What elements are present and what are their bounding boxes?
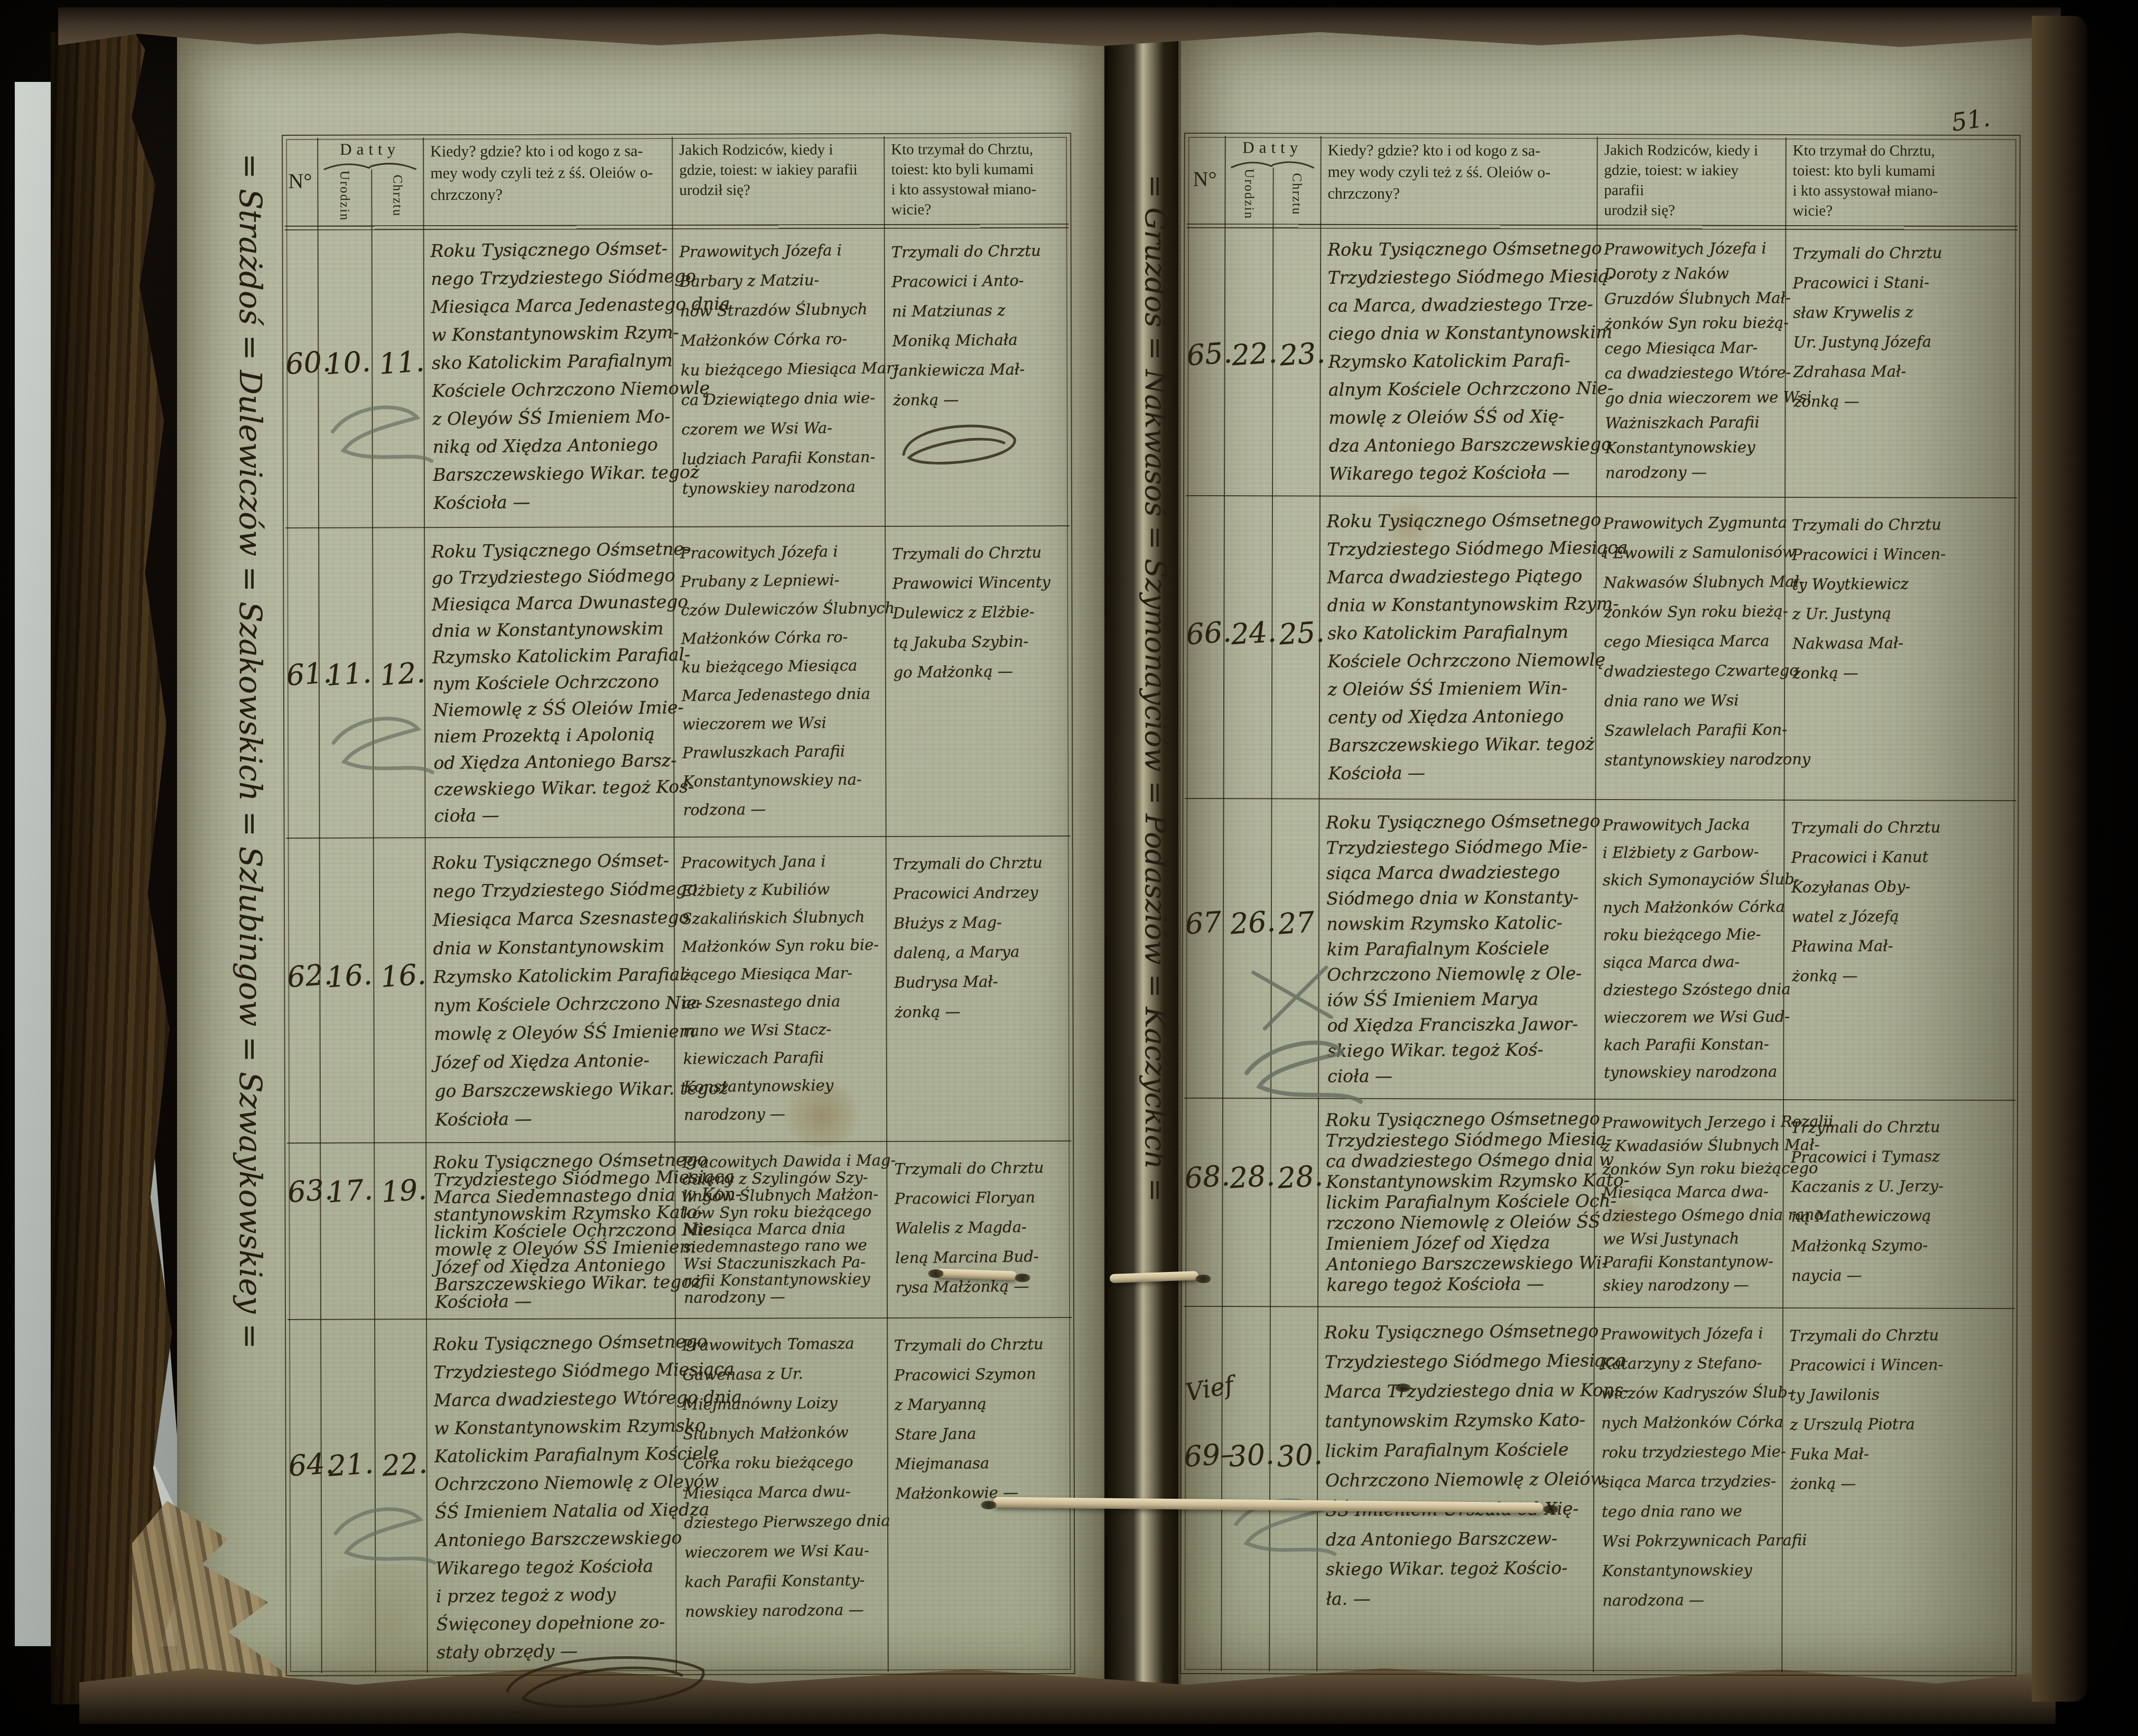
- parents-entry: Prawowitych Jackai Elżbiety z Garbow-ski…: [1595, 804, 1782, 1097]
- column-header-godparents: Kto trzymał do Chrztu,toiest: kto byli k…: [1785, 135, 2021, 226]
- handwritten-line: Elżbiety z Kubiliów: [681, 875, 881, 905]
- handwritten-line: Rzymsko Katolickim Parafial-: [433, 960, 670, 991]
- handwritten-line: tynowskiey narodzona: [1604, 1057, 1780, 1086]
- handwritten-line: kach Parafii Konstanty-: [684, 1565, 884, 1596]
- header-line: Kiedy? gdzie? kto i od kogo z sa-: [430, 140, 664, 162]
- handwritten-line: nym Kościele Ochrzczono: [433, 668, 670, 697]
- handwritten-line: z Oleiów ŚŚ Imieniem Win-: [1328, 674, 1592, 703]
- handwritten-line: Pracowici Floryan: [895, 1182, 1071, 1214]
- handwritten-line: Ważniszkach Parafii: [1605, 410, 1781, 435]
- pencil-mark: [323, 394, 460, 479]
- handwritten-line: tą Jakuba Szybin-: [893, 626, 1070, 658]
- handwritten-line: Trzymali do Chrztu: [891, 236, 1067, 267]
- handwritten-line: Roku Tysiącznego Ośmsetnego: [433, 1327, 670, 1358]
- handwritten-line: Prawowitych Jacka: [1602, 810, 1778, 839]
- handwritten-line: tantynowskim Rzymsko Kato-: [1325, 1405, 1588, 1436]
- handwritten-line: skiego Wikar. tegoż Kościo-: [1326, 1553, 1589, 1584]
- ink-flourish: [893, 412, 1025, 476]
- handwritten-line: Trzydziestego Siódmego Miesią-: [1326, 1129, 1589, 1151]
- handwritten-line: Roku Tysiącznego Ośmsetnego: [1326, 809, 1589, 835]
- column-header-when: Kiedy? gdzie? kto i od kogo z sa-mey wod…: [1320, 134, 1596, 225]
- handwritten-line: karego tegoż Kościoła —: [1326, 1273, 1590, 1295]
- handwritten-line: dziestego Ośmego dnia rano: [1603, 1203, 1779, 1227]
- row-divider: [287, 1140, 1071, 1144]
- handwritten-line: Ochrzczono Niemowlę z Oleiów: [1325, 1464, 1589, 1496]
- handwritten-line: żonką —: [1792, 960, 2015, 991]
- handwritten-line: niką od Xiędza Antoniego: [433, 430, 670, 461]
- header-line: gdzie, toiest: w iakiey parafii: [679, 160, 876, 180]
- handwritten-line: Miejmanówny Loizy: [683, 1387, 882, 1419]
- handwritten-line: sko Katolickim Parafialnym: [1327, 618, 1591, 647]
- handwritten-line: sko Katolickim Parafialnym: [432, 346, 668, 377]
- handwritten-line: cego Miesiąca Mar-: [1604, 335, 1780, 361]
- birth-date: 11.: [325, 655, 381, 692]
- handwritten-line: lickim Parafialnym Kościele: [1325, 1435, 1588, 1466]
- handwritten-line: Pracowici i Anto-: [891, 265, 1068, 297]
- stitch-hole: [1015, 1274, 1030, 1282]
- row-divider: [287, 1317, 1072, 1320]
- handwritten-line: i przez tegoż z wody: [436, 1580, 673, 1610]
- handwritten-line: ŚŚ Imieniem Natalia od Xiędza: [435, 1496, 672, 1526]
- handwritten-line: Wikarego tegoż Kościoła —: [1329, 458, 1593, 488]
- handwritten-line: z Oleyów ŚŚ Imieniem Mo-: [432, 402, 669, 433]
- column-header-baptized: Chrztu: [1272, 168, 1320, 220]
- margin-inscription-center: = Gruzdoś = Nakwasoś = Szymonayciów = Po…: [1139, 174, 1172, 1202]
- handwritten-line: sław Krywelis z: [1793, 296, 2016, 328]
- handwritten-line: Józef od Xiędza Antonie-: [434, 1046, 671, 1077]
- handwritten-line: nego Trzydziestego Siódmego: [431, 262, 667, 293]
- handwritten-line: ca dwadziestego Ośmego dnia w: [1326, 1149, 1589, 1172]
- handwritten-line: siąca Marca trzydzies-: [1602, 1466, 1778, 1497]
- godparents-entry: Trzymali do ChrztuPrawowici WincentyDule…: [885, 531, 1073, 835]
- handwritten-line: Małżonków Córka ro-: [680, 323, 880, 355]
- handwritten-line: i Elżbiety z Garbow-: [1602, 838, 1778, 866]
- handwritten-line: Pracowici Szymon: [894, 1359, 1071, 1390]
- header-line: toiest: kto byli kumami: [891, 159, 1065, 180]
- handwritten-line: z Urszulą Piotra: [1790, 1408, 2013, 1440]
- handwritten-line: rano we Wsi Stacz-: [683, 1015, 882, 1045]
- ink-flourish: [491, 1644, 719, 1723]
- handwritten-line: cego Miesiąca Marca: [1604, 626, 1780, 656]
- handwritten-line: Marca Trzydziestego dnia w Kons-: [1325, 1376, 1588, 1407]
- handwritten-line: wieczorem we Wsi Gud-: [1603, 1002, 1779, 1031]
- handwritten-line: wieczorem we Wsi Kau-: [684, 1535, 884, 1567]
- baptism-entry: Roku Tysiącznego OśmsetnegoTrzydziestego…: [1320, 228, 1595, 495]
- handwritten-line: Barbary z Matziu-: [680, 264, 879, 296]
- handwritten-line: nym Kościele Ochrzczono Nie-: [433, 989, 670, 1020]
- handwritten-line: dnia rano we Wsi: [1604, 685, 1780, 716]
- handwritten-line: w Konstantynowskim Rzym-: [431, 318, 668, 349]
- handwritten-line: Prawowitych Tomasza: [682, 1328, 881, 1360]
- handwritten-line: tego dnia rano we: [1602, 1496, 1778, 1526]
- handwritten-line: z Kwadasiów Ślubnych Mał-: [1602, 1133, 1778, 1157]
- handwritten-line: Pracowici i Stani-: [1793, 267, 2016, 298]
- header-line: i kto assystował miano-: [891, 179, 1065, 200]
- handwritten-line: czów Dulewiczów Ślubnych: [681, 593, 880, 624]
- handwritten-line: Trzymali do Chrztu: [1791, 812, 2014, 843]
- handwritten-line: Marca Jedenastego dnia: [682, 679, 881, 710]
- handwritten-line: Roku Tysiącznego Ośmsetnego: [1325, 1108, 1589, 1130]
- handwritten-line: Kościoła —: [1328, 758, 1592, 787]
- handwritten-line: żonką —: [1790, 1468, 2014, 1499]
- handwritten-line: Stare Jana: [895, 1418, 1071, 1450]
- handwritten-line: Córka roku bieżącego: [683, 1446, 883, 1478]
- handwritten-line: z Ur. Justyną: [1792, 598, 2016, 629]
- header-line: urodził się?: [679, 180, 876, 200]
- header-line: Jakich Rodziców, kiedy i: [1604, 140, 1778, 161]
- handwritten-line: ca Szesnastego dnia: [682, 987, 882, 1017]
- handwritten-line: leną Marcina Bud-: [895, 1241, 1072, 1273]
- handwritten-line: Antoniego Barszczewskiego: [435, 1524, 672, 1554]
- column-header-when: Kiedy? gdzie? kto i od kogo z sa-mey wod…: [423, 135, 672, 225]
- handwritten-line: Siódmego dnia w Konstanty-: [1326, 885, 1590, 912]
- godparents-entry: Trzymali do ChrztuPracowici i KanutKozył…: [1783, 805, 2018, 1098]
- handwritten-line: Barszczewskiego Wikar. tegoż: [433, 458, 670, 489]
- handwritten-line: ku bieżącego Miesiąca Mar-: [681, 353, 880, 385]
- handwritten-line: Konstantynowskiey na-: [683, 765, 882, 795]
- handwritten-line: nowskiey narodzona —: [685, 1594, 885, 1626]
- handwritten-line: Barszczewskiego Wikar. tegoż: [1328, 730, 1592, 759]
- handwritten-line: nych Małżonków Córka: [1603, 893, 1779, 921]
- handwritten-line: mowlę z Oleiów ŚŚ od Xię-: [1328, 402, 1592, 432]
- handwritten-line: czewskiego Wikar. tegoż Koś-: [434, 774, 671, 803]
- handwritten-line: Prawowitych Jerzego i Rozalii: [1602, 1110, 1778, 1134]
- row-divider: [285, 525, 1070, 528]
- handwritten-line: tynowskiey narodzona: [682, 471, 881, 503]
- handwritten-line: Trzydziestego Siódmego Miesiąca: [1324, 1346, 1588, 1377]
- row-divider: [286, 835, 1071, 839]
- handwritten-line: dnia w Konstantynowskim: [433, 932, 670, 963]
- handwritten-line: Roku Tysiącznego Ośmsetne-: [431, 536, 668, 565]
- handwritten-line: Miesiąca Marca Dwunastego: [432, 589, 668, 618]
- godparents-entry: Trzymali do ChrztuPracowici FloryanWalel…: [887, 1146, 1074, 1316]
- birth-date: 30.: [1228, 1437, 1278, 1473]
- column-header-baptized: Chrztu: [371, 169, 423, 222]
- stitch-hole: [928, 1269, 944, 1278]
- handwritten-line: Miesiąca Marca dwu-: [684, 1476, 884, 1508]
- baptism-entry: Roku Tysiącznego Ośmsetne-go Trzydzieste…: [424, 530, 673, 836]
- handwritten-line: Gruzdów Ślubnych Mał-: [1604, 285, 1780, 311]
- handwritten-line: Marca dwadziestego Piątego: [1327, 562, 1591, 591]
- handwritten-line: Zdrahasa Mał-: [1793, 356, 2017, 387]
- handwritten-line: Ur. Justyną Józefa: [1793, 326, 2016, 357]
- handwritten-line: skiey narodzony —: [1603, 1273, 1779, 1297]
- birth-date: 17.: [326, 1172, 382, 1209]
- handwritten-line: Kościoła —: [435, 1291, 671, 1311]
- handwritten-line: Pracowitych Józefa i: [680, 536, 880, 567]
- handwritten-line: go Trzydziestego Siódmego: [431, 562, 668, 591]
- handwritten-line: żonką —: [895, 996, 1071, 1027]
- handwritten-line: Roku Tysiącznego Ośmset-: [432, 846, 668, 877]
- handwritten-line: cioła —: [434, 800, 671, 829]
- handwritten-line: Antoniego Barszczewskiego Wi-: [1326, 1252, 1590, 1275]
- handwritten-line: Małżonków Syn roku bie-: [682, 931, 881, 961]
- column-header-number: N°: [1185, 134, 1224, 224]
- handwritten-line: ludziach Parafii Konstan-: [682, 442, 881, 474]
- handwritten-line: w Konstantynowskim Rzymsko: [434, 1412, 671, 1442]
- page-number: 51.: [1950, 103, 1992, 137]
- header-line: Kiedy? gdzie? kto i od kogo z sa-: [1328, 140, 1589, 162]
- handwritten-line: Trzymali do Chrztu: [894, 1153, 1071, 1184]
- handwritten-line: narodzony —: [1605, 459, 1781, 485]
- handwritten-line: Trzymali do Chrztu: [893, 848, 1069, 879]
- handwritten-line: ca Dziewiątego dnia wie-: [681, 383, 881, 414]
- birth-date: 22.: [1231, 336, 1281, 372]
- handwritten-line: kach Parafii Konstan-: [1604, 1030, 1780, 1059]
- handwritten-line: dwadziestego Czwartego: [1604, 655, 1780, 686]
- handwritten-line: Moniką Michała: [892, 324, 1068, 356]
- handwritten-line: ty Jawilonis: [1790, 1379, 2013, 1410]
- handwritten-line: Trzymali do Chrztu: [1792, 509, 2015, 540]
- column-header-born: Urodzin: [1224, 168, 1272, 220]
- handwritten-line: Roku Tysiącznego Ośmsetnego: [1327, 234, 1591, 264]
- header-line: i kto assystował miano-: [1792, 181, 2014, 201]
- handwritten-line: Nakwasa Mał-: [1792, 627, 2016, 658]
- birth-date: 21.: [327, 1446, 383, 1483]
- header-line: toiest: kto byli kumami: [1793, 161, 2014, 181]
- header-line: urodził się?: [1604, 200, 1778, 221]
- handwritten-line: dziestego Szóstego dnia: [1603, 975, 1779, 1004]
- godparents-entry: Trzymali do ChrztuPracowici i Wincen-ty …: [1784, 503, 2019, 799]
- handwritten-line: kiewiczach Parafii: [683, 1043, 883, 1073]
- handwritten-line: wiczów Kadryszów Ślub-: [1601, 1377, 1777, 1408]
- handwritten-line: nych Małżonków Córka: [1601, 1407, 1777, 1437]
- handwritten-line: Katolickim Parafialnym Kościele: [434, 1440, 671, 1470]
- handwritten-line: Imieniem Józef od Xiędza: [1326, 1232, 1590, 1254]
- handwritten-line: Gawenasa z Ur.: [682, 1358, 882, 1389]
- godparents-entry: Trzymali do ChrztuPracowici i TymaszKacz…: [1783, 1105, 2017, 1306]
- handwritten-line: Trzydziestego Siódmego Miesiąca: [433, 1356, 670, 1386]
- handwritten-line: go Małżonką —: [893, 656, 1070, 688]
- handwritten-line: ku bieżącego Miesiąca: [681, 651, 881, 681]
- handwritten-line: Roku Tysiącznego Ośmsetnego: [1324, 1316, 1588, 1348]
- handwritten-line: Pracowitych Jana i: [681, 847, 880, 877]
- handwritten-line: z Maryanną: [895, 1388, 1071, 1420]
- handwritten-line: Trzymali do Chrztu: [892, 537, 1068, 569]
- baptism-entry: Roku Tysiącznego Ośmset-nego Trzydzieste…: [424, 840, 673, 1141]
- handwritten-line: Błużys z Mag-: [894, 907, 1070, 939]
- header-line: mey wody czyli też z śś. Oleiów o-: [430, 162, 664, 184]
- stitch-hole: [1395, 1384, 1411, 1392]
- handwritten-line: Pracowici i Kanut: [1791, 841, 2015, 872]
- handwritten-line: ni Matziunas z: [892, 295, 1068, 327]
- book-cover-edge-right: [2032, 16, 2087, 1702]
- handwritten-line: Dulewicz z Elżbie-: [893, 597, 1069, 628]
- handwritten-line: ną Mathewiczową: [1791, 1200, 2014, 1231]
- handwritten-line: żonków Syn roku bieżą-: [1604, 310, 1780, 336]
- baptism-entry: Roku Tysiącznego OśmsetnegoTrzydziestego…: [1317, 1310, 1592, 1675]
- handwritten-line: naycia —: [1791, 1259, 2015, 1291]
- handwritten-line: Jankiewicza Mał-: [893, 354, 1069, 386]
- header-line: chrzczony?: [430, 183, 664, 206]
- handwritten-line: rzczono Niemowlę z Oleiów ŚŚ: [1326, 1211, 1590, 1233]
- handwritten-line: żącego Miesiąca Mar-: [682, 959, 882, 989]
- handwritten-line: alnym Kościele Ochrzczono Nie-: [1328, 374, 1592, 404]
- row-divider: [1184, 1306, 2015, 1309]
- header-line: gdzie, toiest: w iakiey parafii: [1604, 160, 1778, 201]
- handwritten-line: Roku Tysiącznego Ośmsetnego: [1327, 506, 1591, 535]
- header-line: Kto trzymał do Chrztu,: [1793, 141, 2014, 161]
- header-line: chrzczony?: [1327, 183, 1589, 205]
- column-header-number: N°: [283, 136, 317, 226]
- handwritten-line: Małżonków Córka ro-: [681, 622, 881, 653]
- pencil-mark: [326, 1496, 463, 1581]
- handwritten-line: dza Antoniego Barszczew-: [1325, 1524, 1589, 1555]
- handwritten-line: Prawowitych Józefa i: [1601, 1318, 1777, 1349]
- handwritten-line: Konstantynowskim Rzymsko Kato-: [1326, 1170, 1589, 1192]
- handwritten-line: Miejmanasa: [895, 1447, 1072, 1479]
- handwritten-line: Święconey dopełnione zo-: [436, 1608, 673, 1638]
- handwritten-line: Prawluszkach Parafii: [682, 736, 882, 767]
- handwritten-line: Kaczanis z U. Jerzy-: [1791, 1171, 2014, 1202]
- handwritten-line: dziestego Pierwszego dnia: [684, 1506, 884, 1537]
- birth-date: 24.: [1230, 615, 1280, 651]
- handwritten-line: Pławina Mał-: [1792, 930, 2015, 961]
- handwritten-line: nowskim Rzymsko Katolic-: [1326, 910, 1590, 937]
- handwritten-line: ty Woytkiewicz: [1792, 568, 2015, 599]
- handwritten-line: ła. —: [1326, 1583, 1589, 1614]
- handwritten-line: Prawowitych Zygmunta: [1603, 507, 1779, 538]
- handwritten-line: Kościele Ochrzczono Niemowlę: [1327, 646, 1591, 675]
- handwritten-line: Pracowici i Wincen-: [1789, 1349, 2013, 1380]
- handwritten-line: go dnia wieczorem we Wsi: [1605, 385, 1781, 411]
- parents-entry: Prawowitych Zygmuntai Ewowili z Samuloni…: [1596, 501, 1783, 797]
- handwritten-line: Kościele Ochrzczono Niemowlę: [432, 374, 668, 405]
- handwritten-line: ca dwadziestego Wtóre-: [1605, 360, 1781, 386]
- column-header-parents: Jakich Rodziców, kiedy igdzie, toiest: w…: [672, 134, 884, 225]
- row-divider: [1185, 798, 2016, 801]
- handwritten-line: od Xiędza Antoniego Barsz-: [433, 747, 670, 776]
- handwritten-line: Trzymali do Chrztu: [1789, 1320, 2013, 1351]
- row-divider: [1186, 495, 2017, 498]
- handwritten-line: narodzony —: [684, 1287, 883, 1306]
- handwritten-line: Rzymsko Katolickim Parafi-: [1328, 346, 1592, 376]
- handwritten-line: Pracowici i Wincen-: [1792, 539, 2015, 570]
- handwritten-line: Małżonką Szymo-: [1791, 1230, 2015, 1261]
- handwritten-line: Nakwasów Ślubnych Mał-: [1603, 567, 1779, 597]
- handwritten-line: watel z Józefą: [1791, 901, 2015, 932]
- handwritten-line: Barszczewskiego Wikar. tegoż: [435, 1273, 671, 1293]
- parents-entry: Pracowitych Dawida i Mag-daleny z Szylin…: [675, 1145, 886, 1316]
- handwritten-line: i Ewowili z Samulonisów: [1603, 537, 1779, 568]
- handwritten-line: siąca Marca dwa-: [1603, 948, 1779, 976]
- marginal-note: Vief: [1183, 1363, 1275, 1407]
- register-table-left: N°DattyUrodzinChrztuKiedy? gdzie? kto i …: [282, 133, 1075, 1676]
- handwritten-line: Ochrzczono Niemowlę z Oleyów: [434, 1468, 671, 1498]
- handwritten-line: Trzymali do Chrztu: [1792, 237, 2016, 268]
- handwritten-line: we Wsi Justynach: [1603, 1226, 1779, 1250]
- handwritten-line: centy od Xiędza Antoniego: [1328, 702, 1592, 731]
- header-line: wicie?: [1792, 201, 2014, 221]
- handwritten-line: Trzydziestego Siódmego Mie-: [1326, 834, 1589, 861]
- handwritten-line: Konstantynowskiey: [683, 1071, 883, 1101]
- handwritten-line: dza Antoniego Barszczewskiego: [1329, 430, 1593, 460]
- handwritten-line: Szawlelach Parafii Kon-: [1604, 714, 1780, 745]
- handwritten-line: Parafii Konstantynow-: [1603, 1249, 1779, 1274]
- handwritten-line: wieczorem we Wsi: [682, 708, 881, 738]
- handwritten-line: ca Marca, dwadziestego Trze-: [1328, 290, 1592, 320]
- handwritten-line: Niemowlę z ŚŚ Oleiów Imie-: [433, 694, 670, 723]
- handwritten-line: siąca Marca dwadziestego: [1326, 859, 1590, 886]
- pencil-mark: [324, 705, 461, 791]
- handwritten-line: stantynowskiey narodzony: [1604, 744, 1780, 775]
- handwritten-line: Fuka Mał-: [1790, 1438, 2013, 1469]
- margin-inscription-left: = Strażdoś = Dulewiczów = Szakowskich = …: [233, 153, 268, 1349]
- handwritten-line: niem Prozektą i Apolonią: [433, 721, 670, 750]
- handwritten-line: Konstantynowskiey: [1602, 1555, 1778, 1585]
- handwritten-line: Budrysa Mał-: [894, 966, 1071, 998]
- handwritten-line: żonków Syn roku bieżą-: [1604, 596, 1780, 627]
- handwritten-line: roku trzydziestego Mie-: [1601, 1436, 1777, 1467]
- handwritten-line: dnia w Konstantynowskim Rzym-: [1327, 590, 1591, 619]
- handwritten-line: żonków Syn roku bieżącego: [1602, 1156, 1778, 1181]
- handwritten-line: nów Strazdów Ślubnych: [680, 294, 880, 326]
- parents-entry: Prawowitych TomaszaGawenasa z Ur.Miejman…: [674, 1322, 887, 1675]
- handwritten-line: Kościoła —: [435, 1103, 672, 1134]
- handwritten-line: żonką —: [1793, 385, 2017, 416]
- handwritten-line: Wsi Pokrzywnicach Parafii: [1602, 1525, 1778, 1556]
- birth-date: 10.: [324, 344, 380, 381]
- stitch-hole: [1543, 1505, 1559, 1514]
- handwritten-line: go Barszczewskiego Wikar. tegoż: [434, 1074, 671, 1106]
- column-header-born: Urodzin: [317, 170, 371, 222]
- godparents-entry: Trzymali do ChrztuPracowici i Anto-ni Ma…: [884, 229, 1072, 525]
- handwritten-line: Kościoła —: [433, 486, 670, 517]
- handwritten-line: ków Syn roku bieżącego: [683, 1202, 882, 1221]
- handwritten-line: Trzymali do Chrztu: [894, 1329, 1070, 1361]
- column-header-parents: Jakich Rodziców, kiedy igdzie, toiest: w…: [1596, 135, 1785, 225]
- handwritten-line: czorem we Wsi Wa-: [681, 412, 881, 444]
- godparents-entry: Trzymali do ChrztuPracowici AndrzeyBłuży…: [885, 841, 1074, 1140]
- handwritten-line: Wikarego tegoż Kościoła: [435, 1552, 672, 1582]
- handwritten-line: rafii Konstantynowskiey: [683, 1270, 882, 1289]
- birth-date: 26.: [1229, 904, 1279, 941]
- handwritten-line: Katarzyny z Stefano-: [1601, 1348, 1777, 1378]
- handwritten-line: daleną, a Marya: [894, 936, 1070, 968]
- baptism-entry: Roku Tysiącznego OśmsetnegoTrzydziestego…: [426, 1145, 674, 1317]
- baptism-entry: Roku Tysiącznego OśmsetnegoTrzydziestego…: [1319, 499, 1594, 797]
- handwritten-line: Marca dwadziestego Wtórego dnia: [434, 1384, 671, 1414]
- handwritten-line: Konstantynowskiey: [1605, 434, 1781, 460]
- parents-entry: Pracowitych Jana iElżbiety z KubiliówSza…: [673, 840, 885, 1140]
- handwritten-line: dnia w Konstantynowskim: [432, 615, 668, 644]
- column-header-godparents: Kto trzymał do Chrztu,toiest: kto byli k…: [884, 134, 1072, 224]
- godparents-entry: Trzymali do ChrztuPracowici i Wincen-ty …: [1782, 1313, 2017, 1676]
- handwritten-line: Miesiąca Marca Szesnastego: [433, 903, 670, 934]
- stitch-hole: [1195, 1275, 1211, 1283]
- handwritten-line: żonką —: [893, 384, 1070, 415]
- stitch-hole: [981, 1501, 997, 1509]
- birth-date: 28.: [1229, 1158, 1279, 1195]
- handwritten-line: narodzona —: [1602, 1584, 1778, 1615]
- handwritten-line: roku bieżącego Mie-: [1603, 920, 1779, 949]
- handwritten-line: Prawowitych Józefa i: [679, 235, 879, 266]
- handwritten-line: Prawowici Wincenty: [892, 567, 1068, 599]
- birth-date: 16.: [326, 957, 382, 994]
- header-line: mey wody czyli też z śś. Oleiów o-: [1328, 161, 1589, 183]
- handwritten-line: Kozyłanas Oby-: [1791, 871, 2015, 902]
- parents-entry: Prawowitych Józefa iBarbary z Matziu-nów…: [672, 228, 884, 525]
- handwritten-line: Miesiąca Marca dwa-: [1602, 1180, 1778, 1204]
- handwritten-line: Prawowitych Józefa i: [1604, 236, 1780, 262]
- handwritten-line: Ślubnych Małżonków: [683, 1417, 882, 1449]
- handwritten-line: Miesiąca Marca Jedenastego dnia: [431, 290, 668, 321]
- register-table-right: N°DattyUrodzinChrztuKiedy? gdzie? kto i …: [1180, 133, 2021, 1676]
- header-line: Kto trzymał do Chrztu,: [891, 139, 1065, 160]
- handwritten-line: Trzymali do Chrztu: [1790, 1111, 2014, 1143]
- handwritten-line: żonką —: [1792, 657, 2016, 688]
- handwritten-line: nego Trzydziestego Siódmego: [432, 875, 669, 906]
